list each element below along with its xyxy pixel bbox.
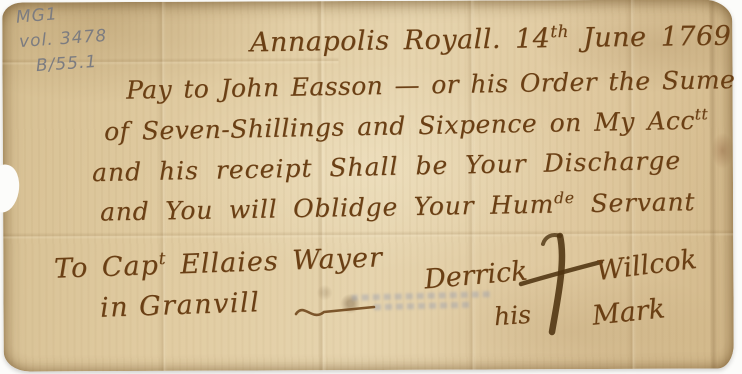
body-line-4-superscript: de (554, 189, 575, 207)
flourish-stroke (294, 300, 380, 322)
dateline-ordinal: th (550, 21, 569, 41)
archival-note-line: MG1 (15, 4, 58, 28)
manuscript-scan: MG1 vol. 3478 B/55.1 Annapolis Royall. 1… (0, 0, 742, 374)
crease-line (3, 229, 733, 239)
address-line-2: in Granvill (100, 287, 261, 324)
edge-crease (708, 0, 718, 369)
stamp-text-row (373, 302, 470, 311)
dateline: Annapolis Royall. 14th June 1769 (250, 19, 732, 59)
archival-note-line: B/55.1 (35, 52, 97, 76)
dateline-text: Annapolis Royall. 14 (250, 23, 551, 58)
torn-edge-notch (0, 162, 23, 214)
body-line-2-superscript: tt (695, 105, 709, 123)
address-line-1-text: To Cap (54, 250, 160, 285)
dateline-text: June 1769 (569, 21, 732, 54)
body-line-4-text: Servant (575, 187, 696, 218)
